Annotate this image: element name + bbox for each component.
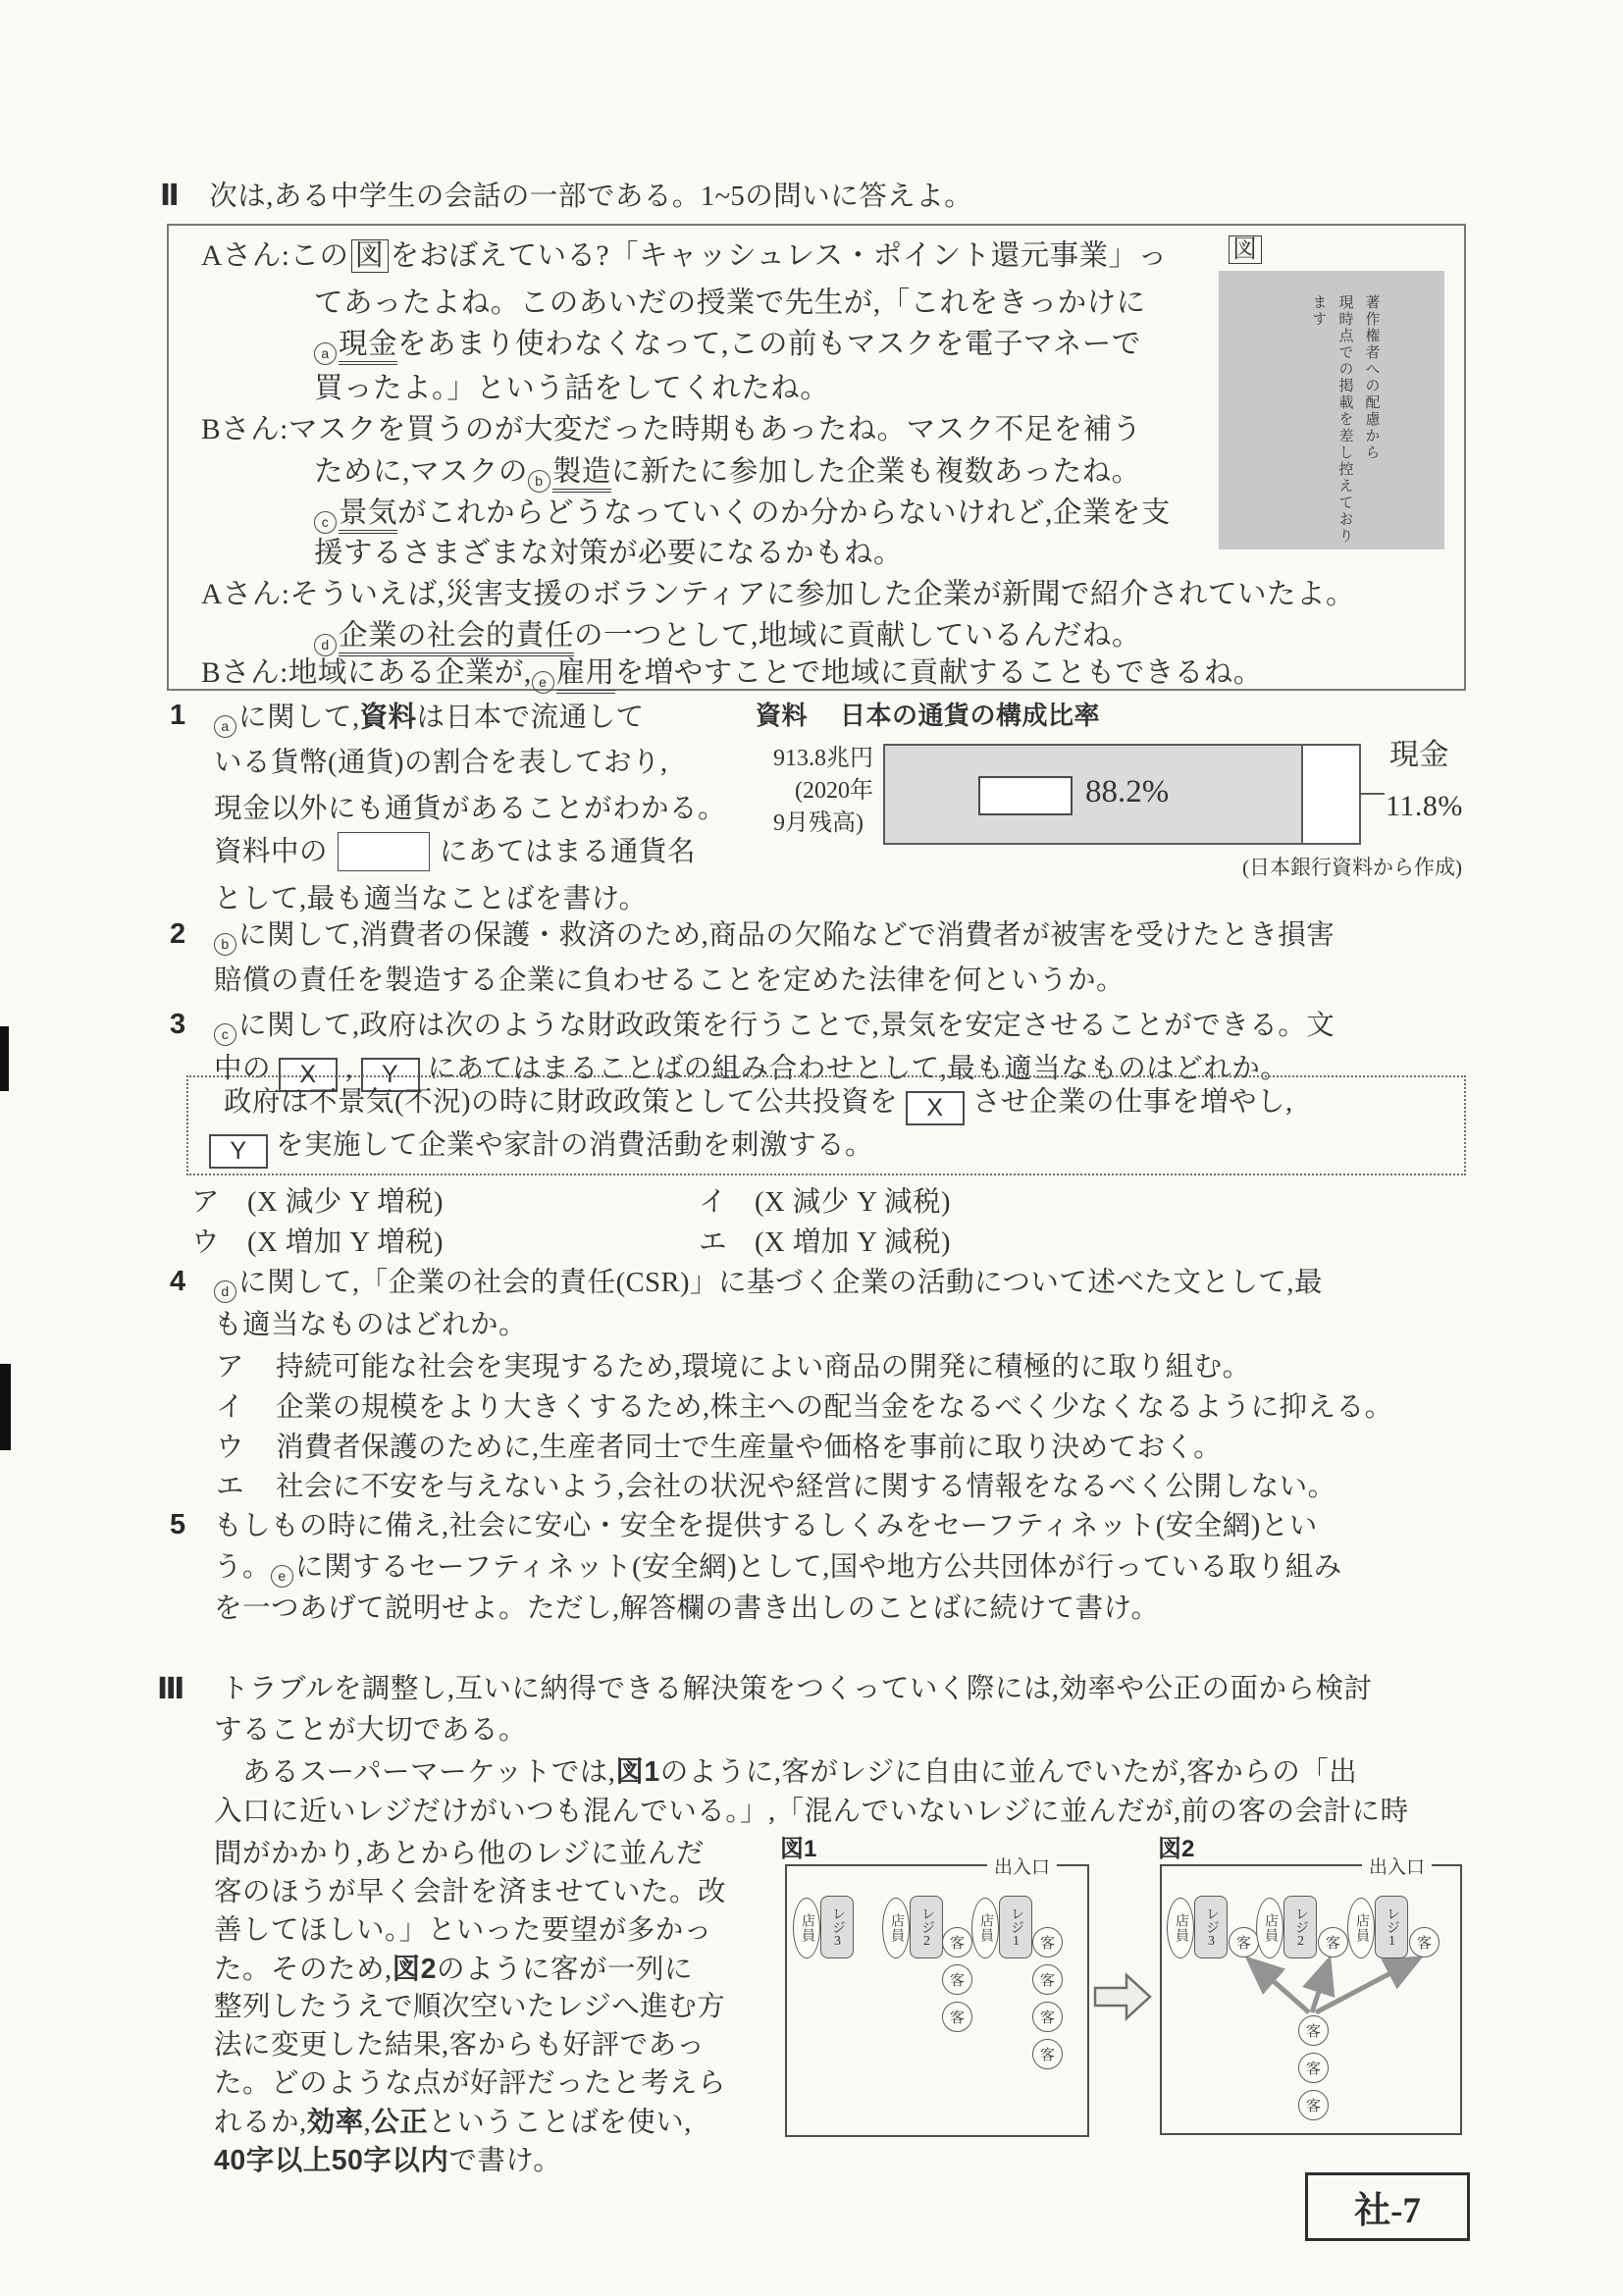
option-kana: イ xyxy=(699,1187,727,1218)
option-text: 消費者保護のために,生産者同士で生産量や価格を事前に取り決めておく。 xyxy=(276,1433,1222,1463)
cash-percentage: 11.8% xyxy=(1386,789,1463,824)
blank-y-box: Y xyxy=(209,1134,268,1169)
page-number-box: 社-7 xyxy=(1305,2172,1470,2241)
s3-text: た。そのため, xyxy=(214,1955,393,1985)
q4-option-e: エ社会に不安を与えないよう,会社の状況や経営に関する情報をなるべく公開しない。 xyxy=(216,1470,1336,1505)
s3-text: 間がかかり,あとから他のレジに並んだ xyxy=(214,1839,705,1869)
staff-oval: 店員 xyxy=(1347,1898,1375,1958)
copyright-notice-vertical-text: 著作権者への配慮から 現時点での掲載を差し控えております xyxy=(1304,294,1384,549)
q1-line4: 資料中のにあてはまる通貨名 xyxy=(214,832,696,871)
option-kana: ウ xyxy=(191,1227,220,1258)
s3-col-line5: 整列したうえで順次空いたレジへ進む方 xyxy=(214,1990,725,2025)
q4-option-u: ウ消費者保護のために,生産者同士で生産量や価格を事前に取り決めておく。 xyxy=(216,1431,1222,1466)
fig2-ref-bold: 図2 xyxy=(393,1954,437,1985)
circled-c-mark: c xyxy=(214,1023,236,1046)
q4-option-a: ア持続可能な社会を実現するため,環境によい商品の開発に積極的に取り組む。 xyxy=(216,1350,1251,1385)
q1-text: は日本で流通して xyxy=(417,703,645,733)
customer-circle: 客 xyxy=(1032,1927,1063,1957)
shiryo-ref-bold: 資料 xyxy=(360,702,417,733)
staff-oval: 店員 xyxy=(971,1898,999,1958)
q4-text: に関して,「企業の社会的責任(CSR)」に基づく企業の活動について述べた文として… xyxy=(238,1268,1323,1298)
s3-text: 入口に近いレジだけがいつも混んでいる。」,「混んでいないレジに並んだが,前の客の… xyxy=(214,1797,1409,1827)
customer-circle: 客 xyxy=(1032,2002,1063,2032)
s3-line3: あるスーパーマーケットでは,図1のように,客がレジに自由に並んでいたが,客からの… xyxy=(242,1754,1357,1791)
s3-text: れるか, xyxy=(214,2108,307,2138)
dialogue-line: てあったよね。このあいだの授業で先生が,「これをきっかけに xyxy=(314,286,1146,321)
s3-col-line4: た。そのため,図2のように客が一列に xyxy=(214,1952,693,1988)
chart-label: 資料 xyxy=(756,698,808,733)
figure-label: 図 xyxy=(1227,233,1264,268)
dialogue-line-a2: Aさん:そういえば,災害支援のボランティアに参加した企業が新聞で紹介されていたよ… xyxy=(201,577,1355,612)
customer-circle: 客 xyxy=(1229,1927,1259,1957)
customer-circle: 客 xyxy=(942,1927,972,1957)
q3-option-i: イ(X 減少 Y 減税) xyxy=(699,1185,951,1221)
option-kana: エ xyxy=(699,1227,727,1258)
chart-total-amount: 913.8兆円 xyxy=(711,738,873,772)
customer-circle: 客 xyxy=(1409,1927,1440,1957)
q2-line2: 賠償の責任を製造する企業に負わせることを定めた法律を何というか。 xyxy=(214,964,1125,999)
circled-e-mark: e xyxy=(271,1565,293,1588)
q2-number: 2 xyxy=(170,918,185,951)
s3-text: することが大切である。 xyxy=(214,1715,527,1746)
s3-text: あるスーパーマーケットでは, xyxy=(242,1757,615,1788)
dialogue-text: をおぼえている?「キャッシュレス・ポイント還元事業」っ xyxy=(391,240,1168,272)
q1-line3: 現金以外にも通貨があることがわかる。 xyxy=(214,792,726,827)
answer-blank-box xyxy=(338,832,430,871)
scan-artifact xyxy=(0,1364,11,1450)
page-number-label: 社-7 xyxy=(1354,2180,1421,2233)
customer-circle: 客 xyxy=(1298,2053,1329,2083)
s3-line4: 入口に近いレジだけがいつも混んでいる。」,「混んでいないレジに並んだが,前の客の… xyxy=(214,1795,1409,1830)
customer-circle: 客 xyxy=(942,1964,972,1995)
figure-copyright-placeholder: 著作権者への配慮から 現時点での掲載を差し控えております xyxy=(1219,271,1444,549)
chart-note-balance: 9月残高) xyxy=(702,803,864,837)
q5-line3: を一つあげて説明せよ。ただし,解答欄の書き出しのことばに続けて書け。 xyxy=(214,1592,1160,1627)
s3-line2: することが大切である。 xyxy=(214,1713,527,1748)
circled-a-mark: a xyxy=(214,715,236,738)
q1-text: にあてはまる通貨名 xyxy=(440,837,696,867)
s3-text: トラブルを調整し,互いに納得できる解決策をつくっていく際には,効率や公正の面から… xyxy=(221,1674,1373,1704)
s3-col-line3: 善してほしい。」といった要望が多かっ xyxy=(214,1913,712,1949)
char-limit-bold: 40字以上50字以内 xyxy=(214,2145,448,2176)
q3-line1: cに関して,政府は次のような財政政策を行うことで,景気を安定させることができる。… xyxy=(214,1009,1335,1046)
register-1: レジ1 xyxy=(1375,1896,1408,1958)
s3-col-line8: れるか,効率,公正ということばを使い, xyxy=(214,2105,692,2141)
q4-number: 4 xyxy=(170,1266,185,1298)
q3-option-e: エ(X 増加 Y 減税) xyxy=(699,1226,951,1261)
fig2-label: 図2 xyxy=(1158,1829,1194,1863)
option-text: 企業の規模をより大きくするため,株主への配当金をなるべく少なくなるように抑える。 xyxy=(276,1392,1393,1423)
staff-oval: 店員 xyxy=(1256,1898,1283,1958)
q5-number: 5 xyxy=(170,1509,185,1541)
chart-source: (日本銀行資料から作成) xyxy=(1128,850,1462,885)
dialogue-text: マスクを買うのが大変だった時期もあったね。マスク不足を補う xyxy=(288,414,1142,445)
keyword-kouritsu-bold: 効率 xyxy=(307,2107,364,2138)
fig2-diagram: 出入口 店員 レジ3 客 店員 レジ2 客 店員 レジ1 客 客 客 客 xyxy=(1160,1864,1462,2135)
option-text: (X 減少 Y 減税) xyxy=(755,1187,951,1218)
customer-circle: 客 xyxy=(1032,2039,1063,2069)
dialogue-text: がこれからどうなっていくのか分からないけれど,企業を支 xyxy=(397,497,1171,529)
q2-line1: bに関して,消費者の保護・救済のため,商品の欠陥などで消費者が被害を受けたとき損… xyxy=(214,918,1335,956)
s3-text: のように,客がレジに自由に並んでいたが,客からの「出 xyxy=(660,1757,1358,1788)
s3-text: ということばを使い, xyxy=(428,2108,692,2138)
circled-a-mark: a xyxy=(314,342,337,365)
currency-bar-chart: 88.2% xyxy=(883,744,1361,845)
dialogue-text: をあまり使わなくなって,この前もマスクを電子マネーで xyxy=(397,329,1141,360)
s3-col-line2: 客のほうが早く会計を済ませていた。改 xyxy=(214,1875,726,1910)
dialogue-text: 買ったよ。」という話をしてくれたね。 xyxy=(314,373,829,404)
chart-title: 日本の通貨の構成比率 xyxy=(840,698,1100,733)
chart-note-year: (2020年 xyxy=(711,770,873,805)
dialogue-line: d企業の社会的責任の一つとして,地域に貢献しているんだね。 xyxy=(314,618,1141,656)
q5-line1: もしもの時に備え,社会に安心・安全を提供するしくみをセーフティネット(安全網)と… xyxy=(214,1509,1318,1544)
figure-ref-boxed: 図 xyxy=(351,239,389,273)
underlined-term-seizo: 製造 xyxy=(552,456,611,493)
q3-box-text: させ企業の仕事を増やし, xyxy=(972,1087,1293,1118)
dialogue-text: の一つとして,地域に貢献しているんだね。 xyxy=(574,620,1141,652)
bar-main-percentage: 88.2% xyxy=(1085,774,1169,810)
section2-heading: Ⅱ次は,ある中学生の会話の一部である。1~5の問いに答えよ。 xyxy=(160,179,972,215)
customer-circle: 客 xyxy=(1298,2090,1329,2120)
option-text: 社会に不安を与えないよう,会社の状況や経営に関する情報をなるべく公開しない。 xyxy=(276,1472,1336,1502)
q5-line2: う。eに関するセーフティネット(安全網)として,国や地方公共団体が行っている取り… xyxy=(214,1550,1342,1588)
dialogue-line-b1: Bさん:マスクを買うのが大変だった時期もあったね。マスク不足を補う xyxy=(201,412,1142,447)
option-text: 持続可能な社会を実現するため,環境によい商品の開発に積極的に取り組む。 xyxy=(276,1352,1251,1383)
option-text: (X 減少 Y 増税) xyxy=(247,1187,444,1218)
dialogue-text: てあったよね。このあいだの授業で先生が,「これをきっかけに xyxy=(314,287,1146,319)
option-text: (X 増加 Y 減税) xyxy=(755,1227,951,1258)
q3-box-line2: Yを実施して企業や家計の消費活動を刺激する。 xyxy=(201,1128,873,1169)
s3-col-line7: た。どのような点が好評だったと考えら xyxy=(214,2066,726,2102)
copyright-notice-line1: 著作権者への配慮から xyxy=(1357,294,1384,549)
scan-artifact xyxy=(0,1026,9,1091)
q4-text: も適当なものはどれか。 xyxy=(214,1310,527,1340)
bar-answer-blank-box xyxy=(978,776,1073,815)
s3-col-line9: 40字以上50字以内で書け。 xyxy=(214,2143,561,2179)
s3-text: 整列したうえで順次空いたレジへ進む方 xyxy=(214,1992,725,2022)
s3-line1: トラブルを調整し,互いに納得できる解決策をつくっていく際には,効率や公正の面から… xyxy=(221,1672,1373,1707)
underlined-term-csr: 企業の社会的責任 xyxy=(339,620,574,656)
q1-number: 1 xyxy=(170,700,185,732)
customer-circle: 客 xyxy=(1298,2015,1329,2046)
register-3: レジ3 xyxy=(1194,1896,1228,1958)
q1-text: いる貨幣(通貨)の割合を表しており, xyxy=(214,748,668,778)
fig1-diagram: 出入口 店員 レジ3 店員 レジ2 店員 レジ1 客 客 客 客 客 客 客 xyxy=(785,1864,1089,2137)
circled-d-mark: d xyxy=(214,1280,236,1303)
dialogue-line: 買ったよ。」という話をしてくれたね。 xyxy=(314,371,829,406)
section2-intro: 次は,ある中学生の会話の一部である。1~5の問いに答えよ。 xyxy=(209,182,972,212)
q3-box-line1: 政府は不景気(不況)の時に財政政策として公共投資をXさせ企業の仕事を増やし, xyxy=(224,1085,1293,1125)
register-1: レジ1 xyxy=(999,1896,1032,1958)
dialogue-text: 援するさまざまな対策が必要になるかもね。 xyxy=(314,538,903,569)
q5-text: もしもの時に備え,社会に安心・安全を提供するしくみをセーフティネット(安全網)と… xyxy=(214,1511,1318,1541)
q1-text: 資料中の xyxy=(214,837,328,867)
dialogue-text: 地域にある企業が, xyxy=(288,657,532,689)
dialogue-line-b2: Bさん:地域にある企業が,e雇用を増やすことで地域に貢献することもできるね。 xyxy=(201,655,1263,694)
option-text: (X 増加 Y 増税) xyxy=(247,1227,444,1258)
figure-label-boxed: 図 xyxy=(1229,235,1262,264)
s3-col-line1: 間がかかり,あとから他のレジに並んだ xyxy=(214,1837,705,1872)
q3-option-a: ア(X 減少 Y 増税) xyxy=(191,1185,444,1221)
q1-text: として,最も適当なことばを書け。 xyxy=(214,884,648,914)
speaker-a: Aさん: xyxy=(201,240,290,272)
customer-circle: 客 xyxy=(1318,1927,1348,1957)
dialogue-text: を増やすことで地域に貢献することもできるね。 xyxy=(615,657,1263,689)
q1-text: に関して, xyxy=(238,703,360,733)
section3-number: Ⅲ xyxy=(157,1672,184,1706)
fig1-entrance-label: 出入口 xyxy=(987,1852,1057,1879)
s3-text: 善してほしい。」といった要望が多かっ xyxy=(214,1915,712,1946)
dialogue-line: a現金をあまり使わなくなって,この前もマスクを電子マネーで xyxy=(314,327,1141,365)
circled-b-mark: b xyxy=(528,470,550,493)
s3-text: のように客が一列に xyxy=(437,1955,693,1985)
q4-line2: も適当なものはどれか。 xyxy=(214,1308,527,1343)
speaker-b: Bさん: xyxy=(201,414,288,445)
q1-text: 現金以外にも通貨があることがわかる。 xyxy=(214,794,726,824)
q5-text: に関するセーフティネット(安全網)として,国や地方公共団体が行っている取り組み xyxy=(295,1552,1342,1583)
customer-circle: 客 xyxy=(942,2002,972,2032)
s3-text: た。どのような点が好評だったと考えら xyxy=(214,2068,726,2099)
register-2: レジ2 xyxy=(910,1896,943,1958)
customer-circle: 客 xyxy=(1032,1964,1063,1995)
section2-number: Ⅱ xyxy=(160,180,180,212)
cash-tick-line xyxy=(1359,793,1385,795)
circled-e-mark: e xyxy=(532,671,554,694)
blank-x-box: X xyxy=(906,1091,965,1125)
q3-box-text: 政府は不景気(不況)の時に財政政策として公共投資を xyxy=(224,1087,898,1118)
q3-text: に関して,政府は次のような財政政策を行うことで,景気を安定させることができる。文 xyxy=(238,1011,1335,1041)
s3-text: 法に変更した結果,客からも好評であっ xyxy=(214,2030,705,2061)
dialogue-text: そういえば,災害支援のボランティアに参加した企業が新聞で紹介されていたよ。 xyxy=(290,579,1356,610)
fig1-label: 図1 xyxy=(780,1829,816,1863)
copyright-notice-line2: 現時点での掲載を差し控えております xyxy=(1304,294,1357,549)
staff-oval: 店員 xyxy=(793,1898,820,1958)
option-kana: イ xyxy=(216,1392,244,1423)
q3-option-u: ウ(X 増加 Y 増税) xyxy=(191,1226,444,1261)
underlined-term-keiki: 景気 xyxy=(339,497,397,534)
dialogue-text: に新たに参加した企業も複数あったね。 xyxy=(611,456,1141,488)
option-kana: ウ xyxy=(216,1433,244,1463)
cash-label: 現金 xyxy=(1389,738,1449,773)
speaker-b: Bさん: xyxy=(201,657,288,689)
q1-line2: いる貨幣(通貨)の割合を表しており, xyxy=(214,746,668,781)
dialogue-text: この xyxy=(290,240,349,272)
exam-page: Ⅱ次は,ある中学生の会話の一部である。1~5の問いに答えよ。 Aさん:この図をお… xyxy=(0,0,1623,2296)
option-kana: ア xyxy=(216,1352,244,1383)
q4-line1: dに関して,「企業の社会的責任(CSR)」に基づく企業の活動について述べた文とし… xyxy=(214,1266,1323,1303)
q1-line1: aに関して,資料は日本で流通して xyxy=(214,700,645,738)
q2-text: に関して,消費者の保護・救済のため,商品の欠陥などで消費者が被害を受けたとき損害 xyxy=(238,920,1335,951)
s3-text: 客のほうが早く会計を済ませていた。改 xyxy=(214,1877,726,1907)
circled-b-mark: b xyxy=(214,933,236,956)
underlined-term-genkin: 現金 xyxy=(339,329,397,365)
staff-oval: 店員 xyxy=(1167,1898,1194,1958)
dialogue-line-a1: Aさん:この図をおぼえている?「キャッシュレス・ポイント還元事業」っ xyxy=(201,238,1168,274)
keyword-kousei-bold: 公正 xyxy=(371,2107,428,2138)
register-3: レジ3 xyxy=(820,1896,854,1958)
circled-c-mark: c xyxy=(314,511,337,534)
q1-line5: として,最も適当なことばを書け。 xyxy=(214,882,648,917)
dialogue-line: c景気がこれからどうなっていくのか分からないけれど,企業を支 xyxy=(314,496,1171,534)
s3-text: で書け。 xyxy=(448,2146,561,2176)
transition-arrow-icon xyxy=(1093,1970,1154,2023)
option-kana: エ xyxy=(216,1472,244,1502)
q3-box-text: を実施して企業や家計の消費活動を刺激する。 xyxy=(276,1130,873,1161)
speaker-a: Aさん: xyxy=(201,579,290,610)
option-kana: ア xyxy=(191,1187,220,1218)
dialogue-line: ために,マスクのb製造に新たに参加した企業も複数あったね。 xyxy=(314,454,1141,493)
dialogue-line: 援するさまざまな対策が必要になるかもね。 xyxy=(314,536,903,571)
q5-text: を一つあげて説明せよ。ただし,解答欄の書き出しのことばに続けて書け。 xyxy=(214,1593,1160,1624)
register-2: レジ2 xyxy=(1283,1896,1317,1958)
dialogue-text: ために,マスクの xyxy=(314,456,528,488)
staff-oval: 店員 xyxy=(882,1898,910,1958)
circled-d-mark: d xyxy=(314,634,337,656)
q3-number: 3 xyxy=(170,1009,185,1041)
q2-text: 賠償の責任を製造する企業に負わせることを定めた法律を何というか。 xyxy=(214,965,1125,996)
fig1-ref-bold: 図1 xyxy=(615,1756,659,1788)
q4-option-i: イ企業の規模をより大きくするため,株主への配当金をなるべく少なくなるように抑える… xyxy=(216,1390,1393,1426)
s3-col-line6: 法に変更した結果,客からも好評であっ xyxy=(214,2028,705,2063)
q5-text: う。 xyxy=(214,1552,271,1583)
underlined-term-koyo: 雇用 xyxy=(556,657,615,694)
